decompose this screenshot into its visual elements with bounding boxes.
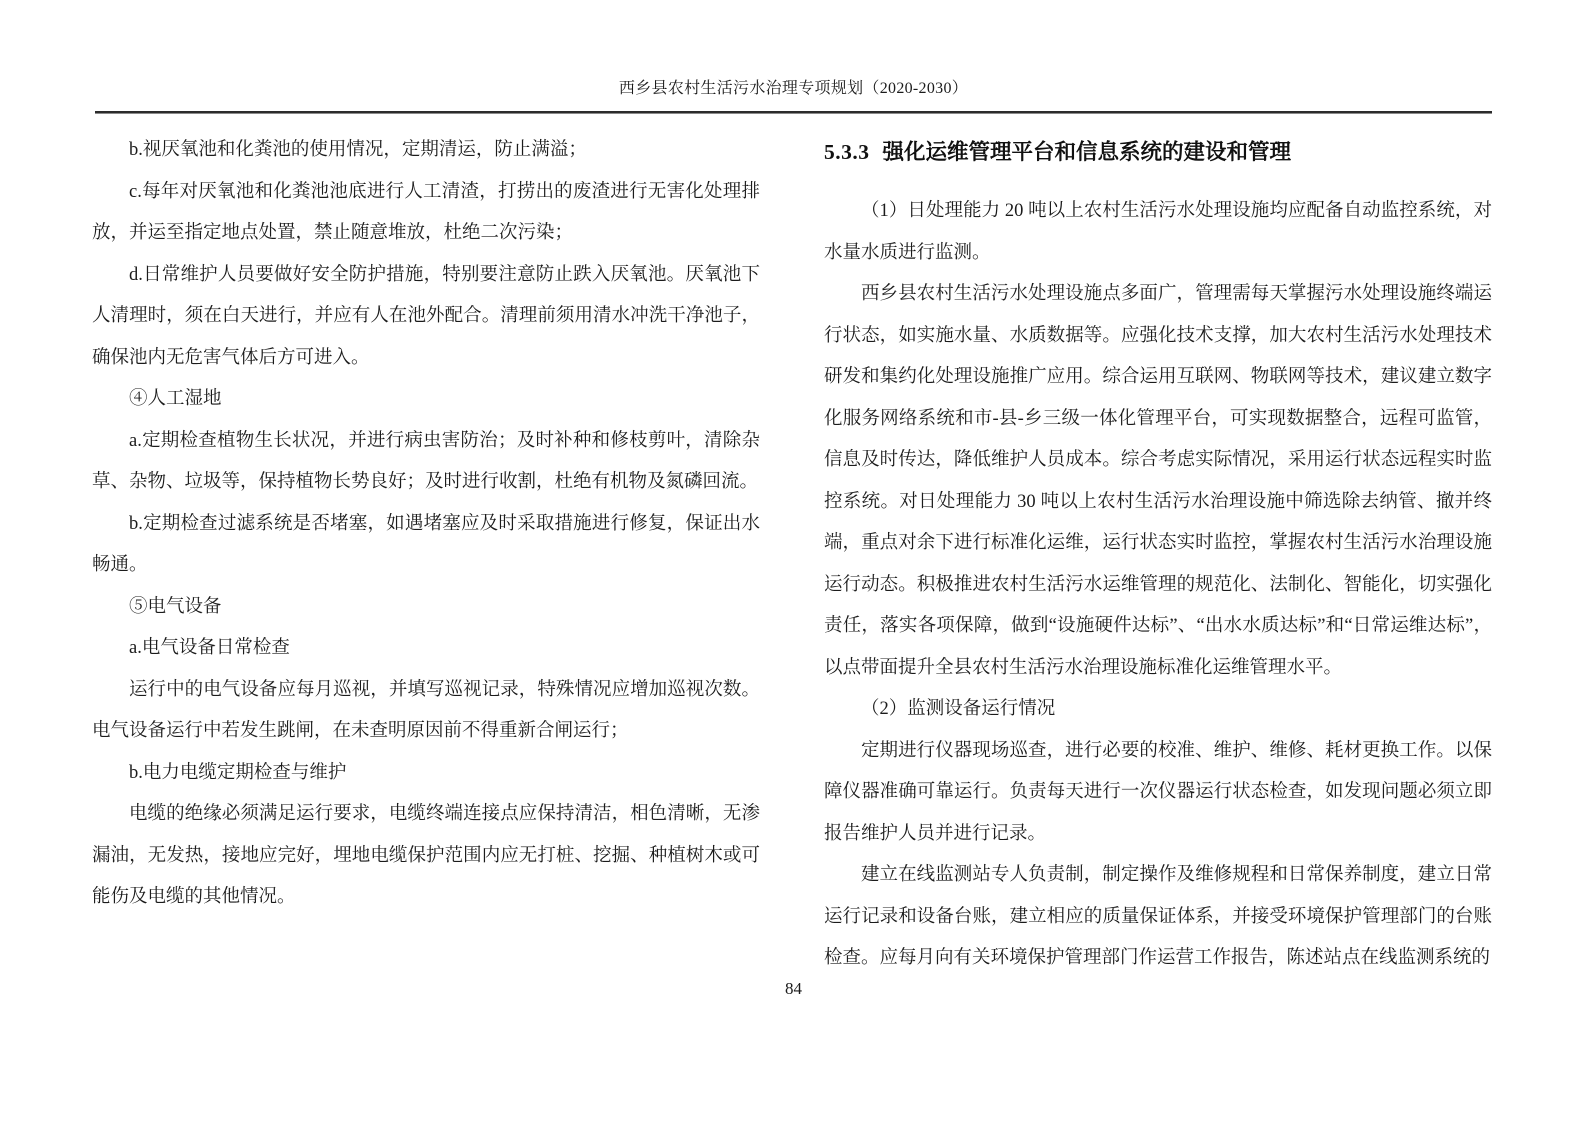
paragraph-wetland-a: a.定期检查植物生长状况，并进行病虫害防治；及时补种和修枝剪叶，清除杂草、杂物、… <box>92 421 760 504</box>
paragraph-anaerobic-tank-d: d.日常维护人员要做好安全防护措施，特别要注意防止跌入厌氧池。厌氧池下人清理时，… <box>92 255 760 380</box>
paragraph-electrical-inspection: 运行中的电气设备应每月巡视，并填写巡视记录，特殊情况应增加巡视次数。电气设备运行… <box>92 670 760 753</box>
paragraph-online-monitoring-station: 建立在线监测站专人负责制，制定操作及维修规程和日常保养制度，建立日常运行记录和设… <box>824 855 1492 980</box>
left-column: b.视厌氧池和化粪池的使用情况，定期清运，防止满溢； c.每年对厌氧池和化粪池池… <box>92 130 760 919</box>
subheading-electrical-daily-check: a.电气设备日常检查 <box>92 628 760 670</box>
paragraph-anaerobic-tank-b: b.视厌氧池和化粪池的使用情况，定期清运，防止满溢； <box>92 130 760 172</box>
subheading-cable-maintenance: b.电力电缆定期检查与维护 <box>92 753 760 795</box>
document-page: 西乡县农村生活污水治理专项规划（2020-2030） b.视厌氧池和化粪池的使用… <box>0 0 1587 1122</box>
right-column: 5.3.3强化运维管理平台和信息系统的建设和管理 （1）日处理能力 20 吨以上… <box>824 130 1492 980</box>
section-heading-5-3-3: 5.3.3强化运维管理平台和信息系统的建设和管理 <box>824 130 1492 174</box>
subheading-electrical-equipment: ⑤电气设备 <box>92 587 760 629</box>
section-title: 强化运维管理平台和信息系统的建设和管理 <box>883 140 1292 164</box>
header-title: 西乡县农村生活污水治理专项规划（2020-2030） <box>0 78 1587 100</box>
page-number: 84 <box>0 977 1587 1001</box>
header-rule <box>95 111 1492 114</box>
paragraph-monitoring-requirement-1: （1）日处理能力 20 吨以上农村生活污水处理设施均应配备自动监控系统，对水量水… <box>824 191 1492 274</box>
subheading-monitoring-equipment-2: （2）监测设备运行情况 <box>824 689 1492 731</box>
paragraph-cable-requirements: 电缆的绝缘必须满足运行要求，电缆终端连接点应保持清洁，相色清晰，无渗漏油，无发热… <box>92 794 760 919</box>
two-column-body: b.视厌氧池和化粪池的使用情况，定期清运，防止满溢； c.每年对厌氧池和化粪池池… <box>92 130 1492 980</box>
paragraph-wetland-b: b.定期检查过滤系统是否堵塞，如遇堵塞应及时采取措施进行修复，保证出水畅通。 <box>92 504 760 587</box>
section-number: 5.3.3 <box>824 140 870 164</box>
paragraph-platform-construction: 西乡县农村生活污水处理设施点多面广，管理需每天掌握污水处理设施终端运行状态，如实… <box>824 274 1492 689</box>
subheading-constructed-wetland: ④人工湿地 <box>92 379 760 421</box>
paragraph-anaerobic-tank-c: c.每年对厌氧池和化粪池池底进行人工清渣，打捞出的废渣进行无害化处理排放，并运至… <box>92 172 760 255</box>
paragraph-instrument-inspection: 定期进行仪器现场巡查，进行必要的校准、维护、维修、耗材更换工作。以保障仪器准确可… <box>824 731 1492 856</box>
